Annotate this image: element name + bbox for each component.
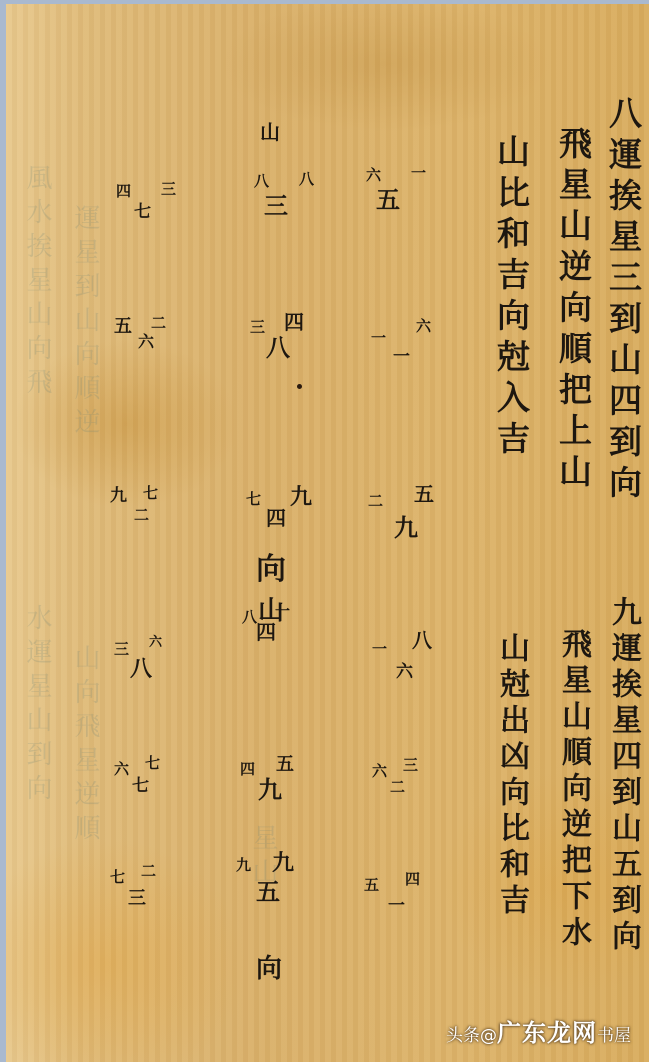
cell-facing-star: 四 [284,312,304,332]
cell-facing-star: 六 [149,636,162,649]
cell-mountain-star: 七 [110,870,125,885]
upper-chart-mountain-label: 山 [260,116,280,145]
upper-text-column-2: 飛星山逆向順把上山 [553,126,593,495]
ink-dot [297,384,302,389]
cell-mountain-star: 三 [250,320,265,335]
bleed-through-text: 水運星山到向 [20,604,54,808]
cell-base-star: 八 [266,336,290,360]
cell-mountain-star: 六 [366,168,381,183]
cell-facing-star: 五 [276,756,294,774]
manuscript-page: 風水挨星山向飛 運星到山向順逆 水運星山到向 山向飛星逆順 星山 八運挨星三到山… [6,4,649,1062]
cell-base-star: 六 [396,664,413,681]
lower-text-column-1: 九運挨星四到山五到向 [603,596,643,956]
upper-text-column-1: 八運挨星三到山四到向 [603,96,643,506]
watermark-prefix: 头条 [446,1026,480,1046]
cell-facing-star: 二 [141,864,156,879]
cell-facing-star: 二 [151,316,166,331]
cell-facing-star: 九 [290,486,312,508]
cell-facing-star: 八 [412,630,432,650]
cell-base-star: 七 [134,204,151,221]
flying-star-cell: 八 一 四 [242,604,302,664]
flying-star-cell: 五 二 六 [114,316,174,376]
cell-mountain-star: 四 [240,762,255,777]
flying-star-cell: 五 四 一 [364,872,424,928]
cell-base-star: 三 [264,194,288,218]
flying-star-cell: 九 九 五 [236,852,302,912]
flying-star-cell: 六 三 二 [372,758,432,814]
cell-facing-star: 八 [299,172,314,187]
cell-base-star: 一 [393,349,410,366]
flying-star-cell: 一 六 一 [371,319,431,379]
lower-chart-facing-label: 向 [256,948,282,985]
upper-chart-facing-label: 向 [256,544,286,588]
cell-facing-star: 三 [403,758,418,773]
cell-base-star: 八 [130,658,152,680]
cell-mountain-star: 一 [371,331,386,346]
flying-star-cell: 九 七 二 [110,486,166,536]
cell-base-star: 七 [132,778,149,795]
cell-base-star: 九 [258,778,282,802]
cell-mountain-star: 六 [372,764,387,779]
watermark-brand: 广东龙网 [497,1019,597,1047]
cell-mountain-star: 五 [114,318,132,336]
cell-base-star: 二 [134,508,149,523]
cell-base-star: 五 [376,188,400,212]
lower-text-column-3: 山尅出凶向比和吉 [491,632,531,920]
cell-mountain-star: 九 [110,488,127,505]
cell-base-star: 四 [256,622,276,642]
cell-base-star: 五 [256,880,280,904]
flying-star-cell: 一 八 六 [372,630,432,690]
flying-star-cell: 四 五 九 [240,756,300,812]
cell-mountain-star: 七 [246,492,261,507]
watermark-suffix: 书屋 [597,1026,631,1046]
flying-star-cell: 六 一 五 [366,166,426,226]
cell-mountain-star: 四 [116,184,131,199]
cell-base-star: 一 [388,898,405,915]
cell-mountain-star: 二 [368,494,383,509]
flying-star-cell: 二 五 九 [368,484,434,554]
cell-base-star: 六 [138,334,154,350]
flying-star-cell: 三 六 八 [114,636,170,692]
bleed-through-text: 運星到山向順逆 [68,204,102,442]
cell-facing-star: 七 [145,756,160,771]
bleed-through-text: 山向飛星逆順 [68,644,102,848]
cell-facing-star: 三 [161,182,176,197]
watermark-handle: @ [480,1026,497,1046]
cell-facing-star: 一 [275,604,290,619]
bleed-through-text: 風水挨星山向飛 [20,164,54,402]
flying-star-cell: 八 八 三 [254,172,314,232]
cell-mountain-star: 五 [364,878,379,893]
flying-star-cell: 七 九 四 [246,486,312,546]
flying-star-cell: 七 二 三 [110,864,166,920]
cell-mountain-star: 八 [254,174,269,189]
flying-star-cell: 四 三 七 [116,182,176,242]
flying-star-cell: 三 四 八 [250,312,310,372]
cell-facing-star: 一 [411,166,426,181]
flying-star-cell: 六 七 七 [114,756,170,812]
cell-base-star: 三 [128,890,146,908]
cell-facing-star: 七 [143,486,158,501]
cell-base-star: 九 [394,516,418,540]
cell-base-star: 四 [266,508,286,528]
cell-facing-star: 五 [414,484,434,504]
cell-base-star: 二 [390,780,405,795]
cell-mountain-star: 一 [372,642,387,657]
cell-mountain-star: 九 [236,858,251,873]
cell-mountain-star: 三 [114,642,129,657]
cell-facing-star: 六 [416,319,431,334]
watermark: 头条@广东龙网书屋 [446,1013,631,1048]
lower-text-column-2: 飛星山順向逆把下水 [553,628,593,952]
cell-facing-star: 四 [405,872,420,887]
cell-mountain-star: 六 [114,762,129,777]
cell-mountain-star: 八 [242,610,257,625]
upper-text-column-3: 山比和吉向尅入吉 [491,134,531,462]
cell-facing-star: 九 [272,852,294,874]
